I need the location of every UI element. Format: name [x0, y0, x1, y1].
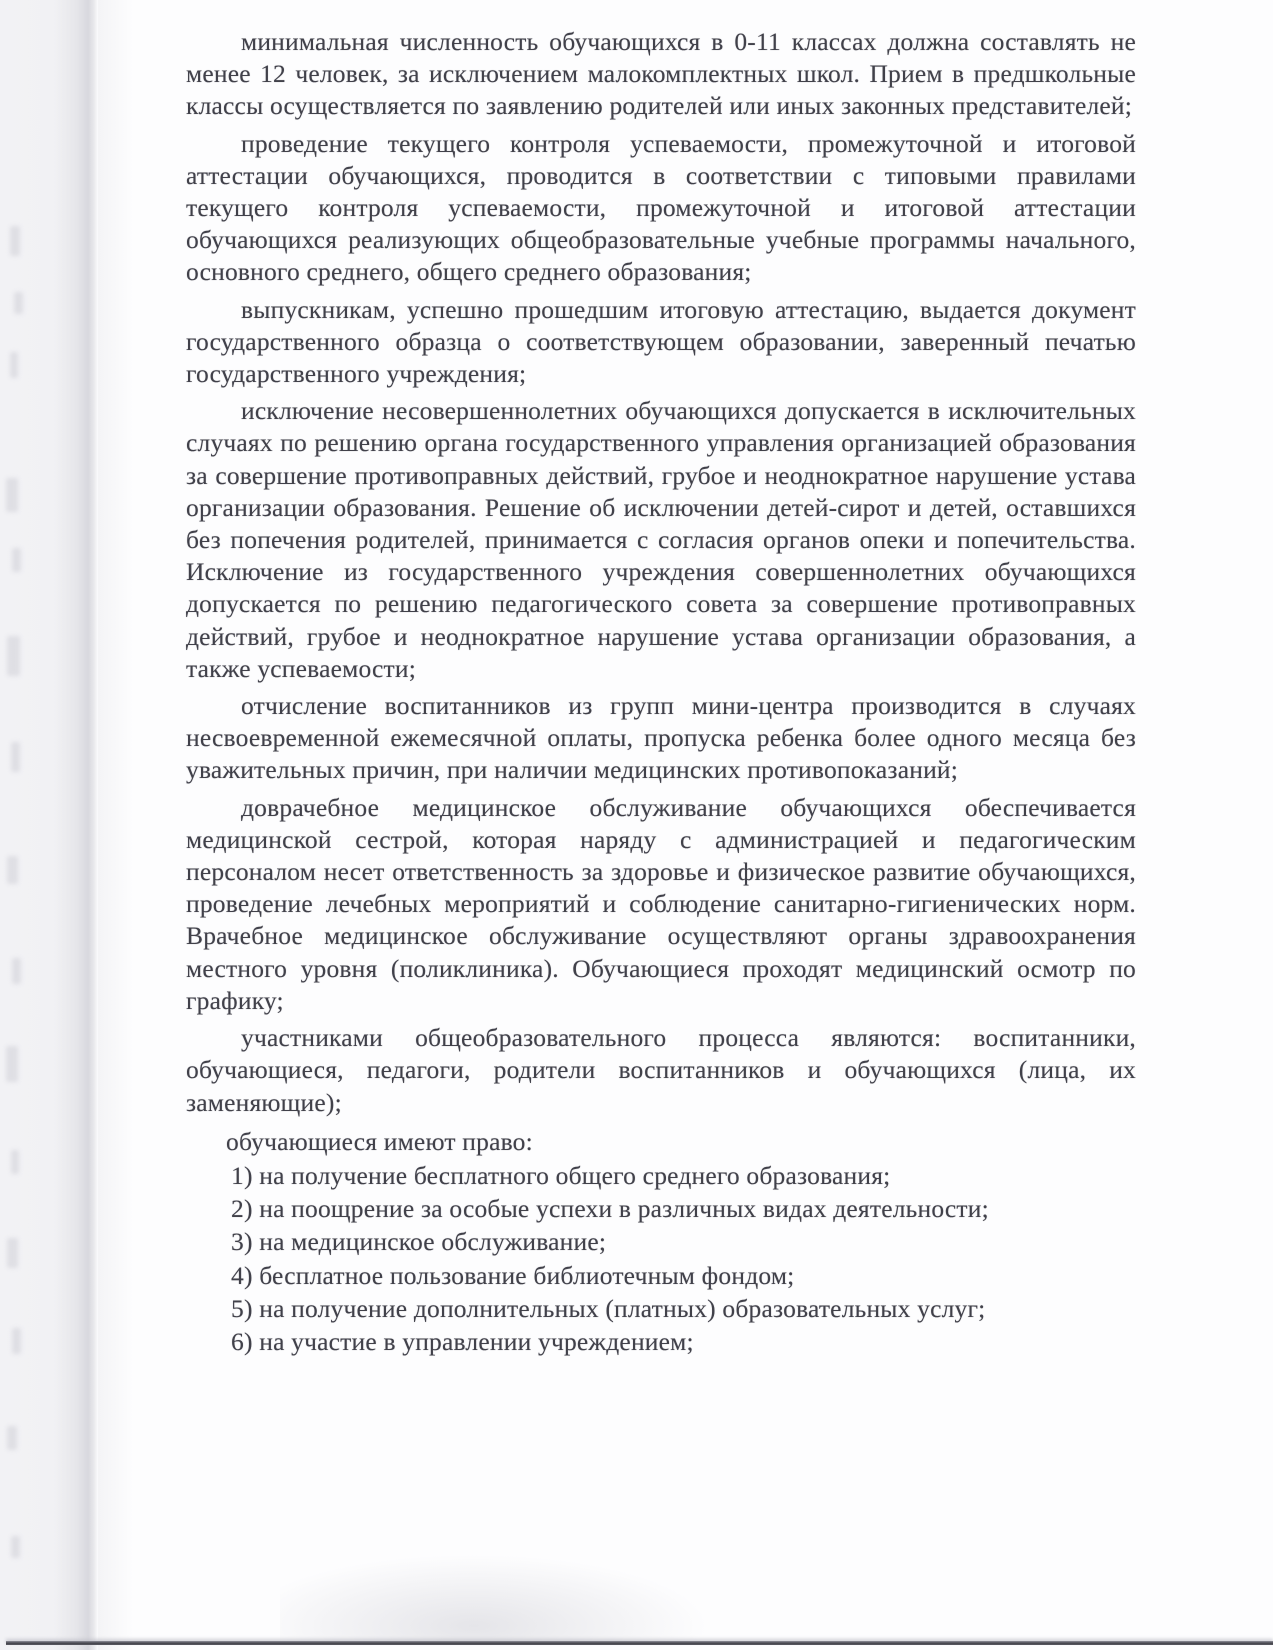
- bleed-through-mark: [7, 856, 18, 884]
- bleed-through-mark: [6, 1046, 18, 1082]
- rights-list-item: 3) на медицинское обслуживание;: [231, 1226, 1136, 1258]
- bleed-through-mark: [10, 226, 20, 256]
- rights-list-item: 1) на получение бесплатного общего средн…: [231, 1160, 1136, 1192]
- bleed-through-mark: [7, 636, 20, 676]
- scanner-edge-line: [6, 1641, 1273, 1645]
- bleed-through-mark: [10, 352, 18, 378]
- bleed-through-mark: [6, 478, 18, 512]
- scan-smudge: [280, 1554, 710, 1644]
- paragraph: выпускникам, успешно прошедшим итоговую …: [186, 294, 1136, 391]
- bleed-through-mark: [7, 1426, 17, 1450]
- rights-list-item: 5) на получение дополнительных (платных)…: [231, 1293, 1136, 1325]
- bleed-through-mark: [12, 1328, 21, 1354]
- paragraph: отчисление воспитанников из групп мини-ц…: [186, 690, 1136, 787]
- paragraph-container: минимальная численность обучающихся в 0-…: [186, 26, 1136, 1119]
- paragraph: доврачебное медицинское обслуживание обу…: [186, 792, 1136, 1017]
- bleed-through-mark: [14, 292, 23, 314]
- bleed-through-mark: [11, 1150, 19, 1174]
- bleed-through-mark: [12, 548, 21, 572]
- rights-list-item: 4) бесплатное пользование библиотечным ф…: [231, 1260, 1136, 1292]
- rights-list-item: 6) на участие в управлении учреждением;: [231, 1326, 1136, 1358]
- bleed-through-mark: [12, 958, 21, 984]
- document-text-column: минимальная численность обучающихся в 0-…: [186, 26, 1136, 1359]
- paragraph: исключение несовершеннолетних обучающихс…: [186, 395, 1136, 685]
- rights-intro: обучающиеся имеют право:: [226, 1126, 1136, 1158]
- rights-list-item: 2) на поощрение за особые успехи в разли…: [231, 1193, 1136, 1225]
- paragraph: минимальная численность обучающихся в 0-…: [186, 26, 1136, 123]
- paragraph: проведение текущего контроля успеваемост…: [186, 128, 1136, 289]
- paragraph: участниками общеобразовательного процесс…: [186, 1022, 1136, 1119]
- bleed-through-mark: [11, 742, 20, 772]
- rights-list: 1) на получение бесплатного общего средн…: [231, 1160, 1136, 1358]
- scanned-document-page: { "document": { "paragraphs": [ "минимал…: [0, 0, 1273, 1650]
- bleed-through-mark: [7, 1238, 18, 1268]
- bleed-through-mark: [11, 1536, 20, 1558]
